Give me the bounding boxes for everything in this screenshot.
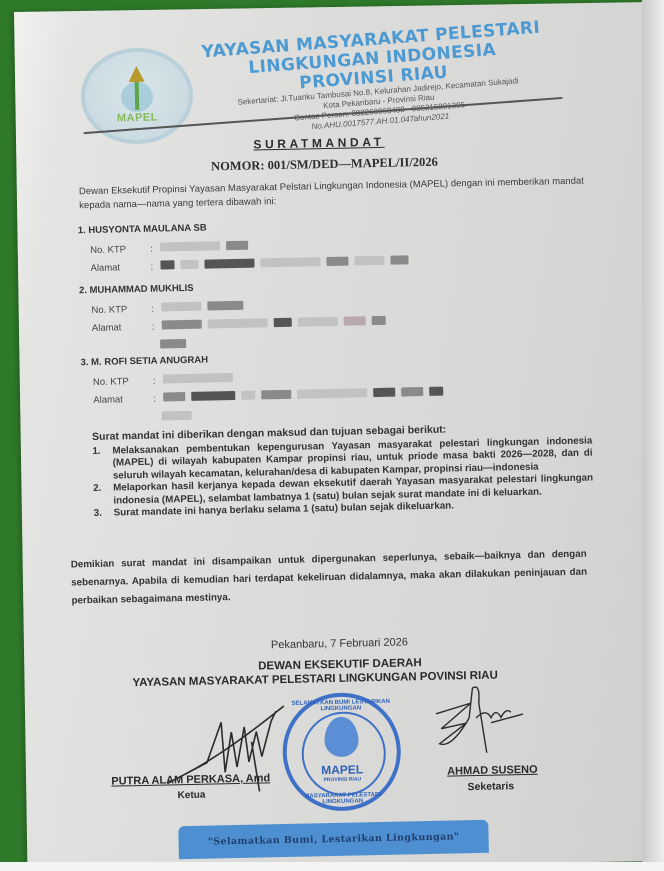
address-value-redacted xyxy=(160,255,414,272)
address-label: Alamat xyxy=(81,393,153,406)
colon: : xyxy=(152,321,162,332)
item-number: 1. xyxy=(92,446,113,484)
item-number: 2. xyxy=(93,483,114,508)
ktp-label: No. KTP xyxy=(78,243,150,256)
motto-banner: "Selamatkan Bumi, Lestarikan Lingkungan" xyxy=(178,820,489,859)
colon: : xyxy=(151,303,161,314)
secretary-signature-icon xyxy=(430,682,527,759)
colon: : xyxy=(150,243,160,254)
logo-text: MAPEL xyxy=(85,111,189,125)
ktp-label: No. KTP xyxy=(81,375,153,388)
flame-icon xyxy=(128,66,144,82)
stamp-sub-text: PROVINSI RIAU xyxy=(287,776,397,784)
colon: : xyxy=(153,393,163,404)
document-number: NOMOR: 001/SM/DED—MAPEL/II/2026 xyxy=(174,154,474,175)
place-and-date: Pekanbaru, 7 Februari 2026 xyxy=(254,636,424,652)
address-label: Alamat xyxy=(80,321,152,334)
person-entry: 3. M. ROFI SETIA ANUGRAH No. KTP : Alama… xyxy=(80,347,581,425)
chair-role: Ketua xyxy=(178,790,206,802)
organization-stamp: SELAMATKAN BUMI LESTARIKAN LINGKUNGAN MA… xyxy=(282,692,402,812)
person-entry: 2. MUHAMMAD MUKHLIS No. KTP : Alamat : xyxy=(79,275,580,353)
ktp-label: No. KTP xyxy=(79,303,151,316)
colon: : xyxy=(153,375,163,386)
secretary-name: AHMAD SUSENO xyxy=(447,764,538,778)
ktp-value-redacted xyxy=(163,373,239,387)
address-value-redacted xyxy=(162,316,392,333)
secretary-role: Seketaris xyxy=(467,780,514,793)
item-number: 3. xyxy=(94,508,114,521)
plant-stem-icon xyxy=(135,82,140,110)
address-label: Alamat xyxy=(78,261,150,274)
closing-paragraph: Demikian surat mandat ini disampaikan un… xyxy=(71,546,588,611)
stamp-ring-text-bottom: MASYARAKAT PELESTARI LINGKUNGAN xyxy=(288,792,398,806)
document-content: MAPEL YAYASAN MASYARAKAT PELESTARI LINGK… xyxy=(0,0,664,871)
document-title: SURATMANDAT xyxy=(234,134,404,152)
purpose-list: 1. Melaksanakan pembentukan kepengurusan… xyxy=(92,436,593,521)
ktp-value-redacted xyxy=(160,241,254,255)
colon: : xyxy=(150,261,160,272)
intro-paragraph: Dewan Eksekutif Propinsi Yayasan Masyara… xyxy=(79,175,589,214)
bottom-edge xyxy=(0,862,664,871)
ktp-value-redacted xyxy=(161,301,249,315)
person-entry: 1. HUSYONTA MAULANA SB No. KTP : Alamat … xyxy=(78,215,579,277)
